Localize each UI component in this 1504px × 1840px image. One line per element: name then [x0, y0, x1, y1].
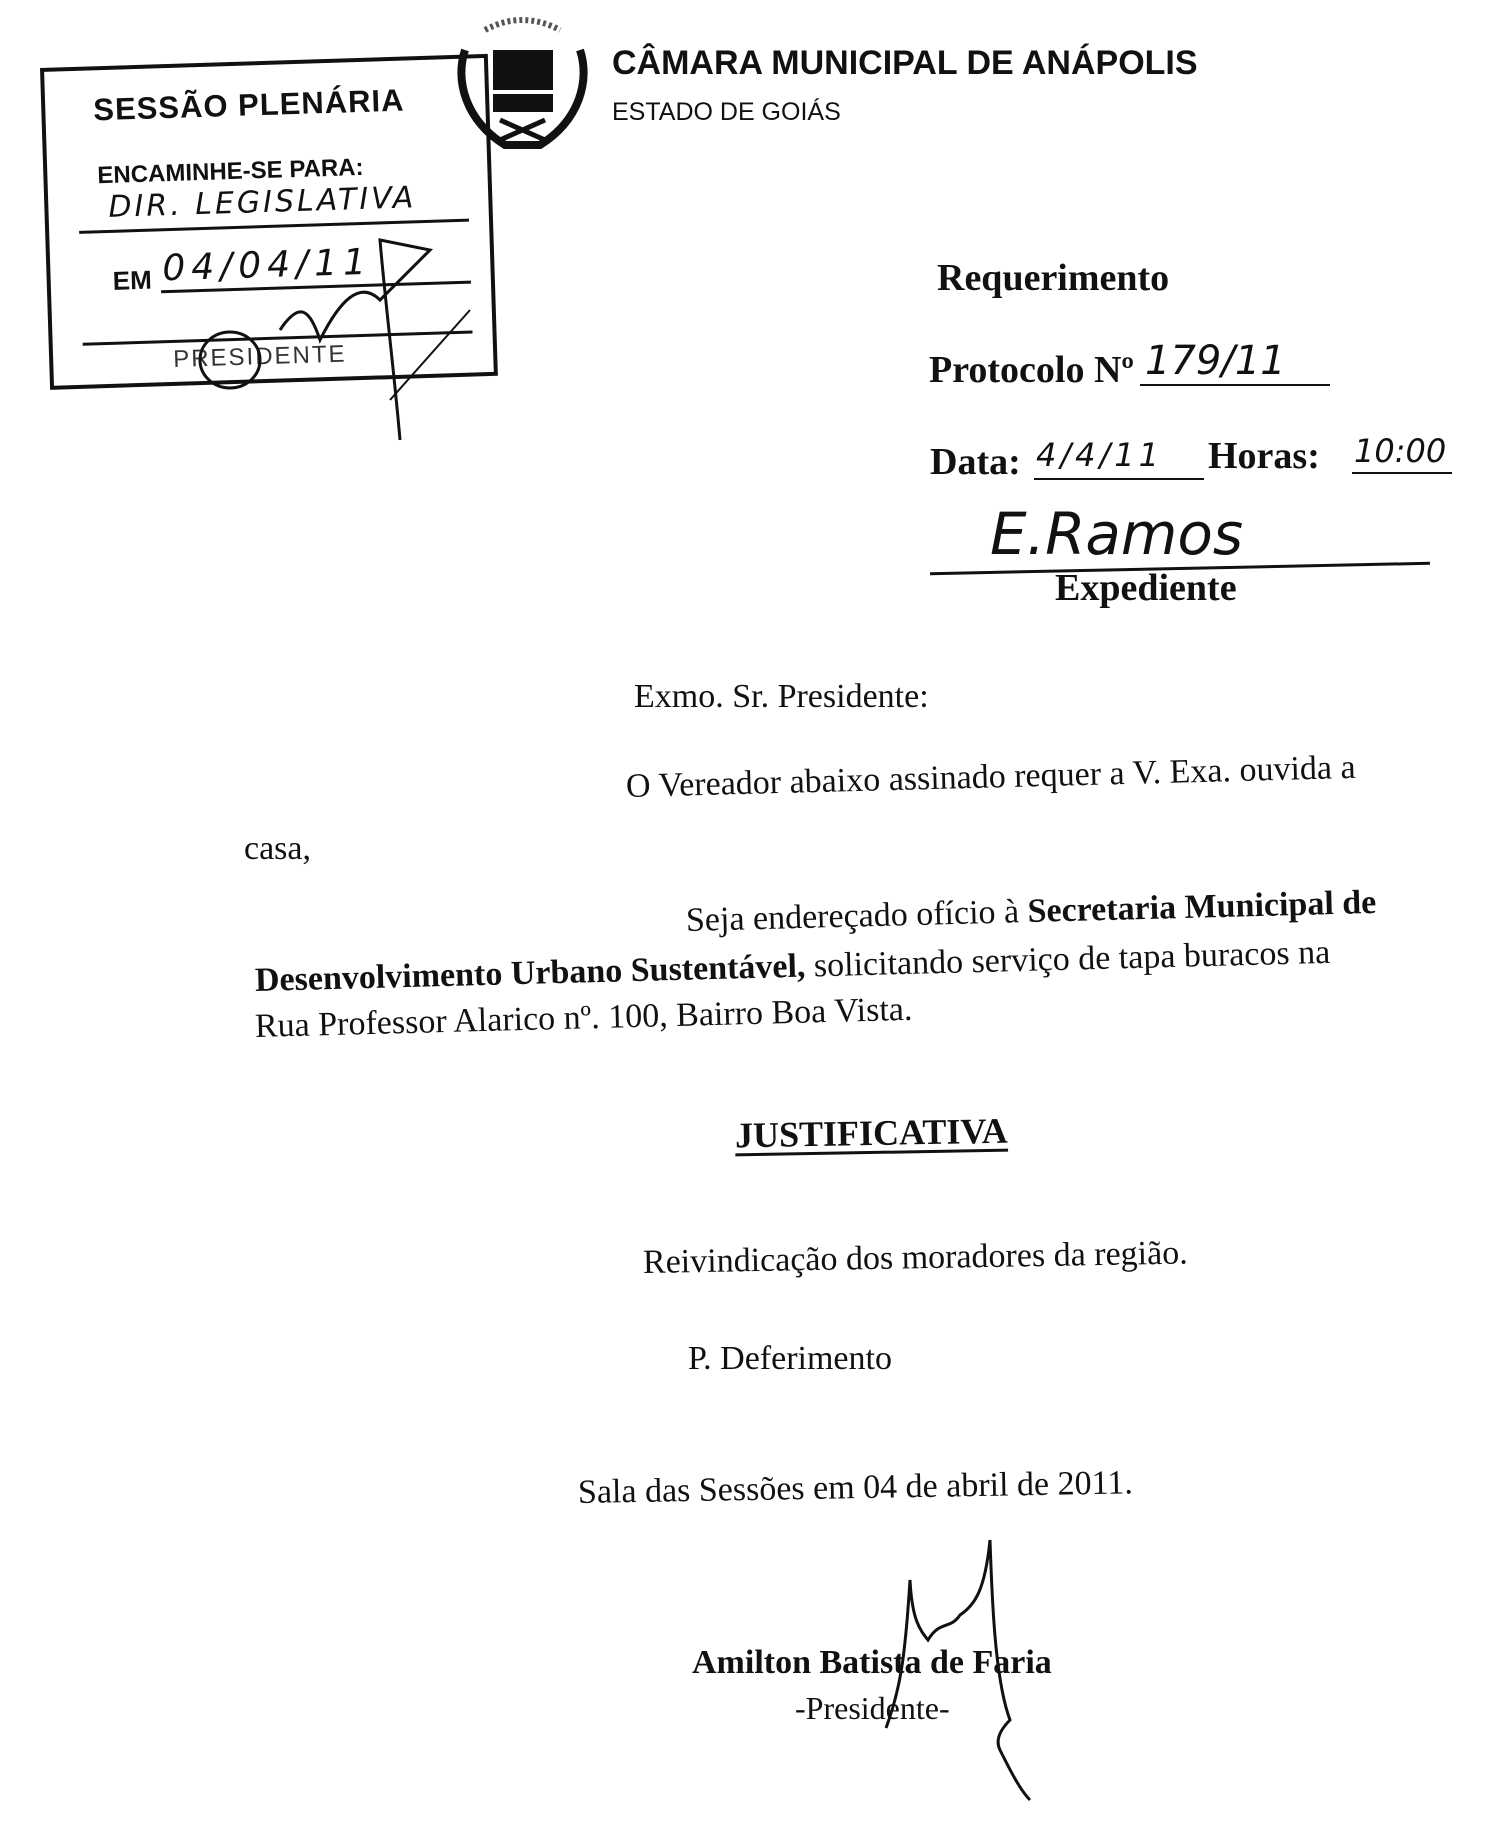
stamp-date-value: 04/04/11 — [162, 242, 373, 290]
salutation: Exmo. Sr. Presidente: — [634, 678, 929, 716]
protocol-date-line — [1034, 478, 1204, 480]
protocol-time-value: 10:00 — [1354, 432, 1446, 470]
justification-heading: JUSTIFICATIVA — [735, 1110, 1008, 1157]
request-paragraph-line1: O Vereador abaixo assinado requer a V. E… — [626, 749, 1357, 806]
request-detail-text: Seja endereçado ofício à — [686, 893, 1029, 939]
protocol-number-line — [1140, 384, 1330, 386]
justification-text: Reivindicação dos moradores da região. — [643, 1234, 1188, 1282]
expedient-signature: E.Ramos — [990, 500, 1243, 568]
protocol-time-label: Horas: — [1208, 434, 1320, 478]
protocol-date-label: Data: — [930, 440, 1021, 484]
signer-name: Amilton Batista de Faria — [692, 1644, 1052, 1682]
institution-name: CÂMARA MUNICIPAL DE ANÁPOLIS — [612, 44, 1198, 83]
closing-text: P. Deferimento — [688, 1340, 892, 1378]
protocol-date-value: 4/4/11 — [1036, 436, 1163, 474]
request-paragraph-line2: casa, — [244, 830, 311, 868]
request-detail-text: solicitando serviço de tapa buracos na — [805, 934, 1331, 985]
coat-of-arms-icon — [455, 10, 590, 150]
stamp-title: SESSÃO PLENÁRIA — [93, 83, 405, 129]
protocol-time-line — [1352, 472, 1452, 474]
request-address-line: Rua Professor Alarico nº. 100, Bairro Bo… — [255, 991, 913, 1046]
stamp-date-label: EM — [112, 265, 152, 297]
expedient-label: Expediente — [1055, 566, 1237, 610]
protocol-number-label: Protocolo Nº — [929, 348, 1134, 392]
state-name: ESTADO DE GOIÁS — [612, 98, 841, 127]
protocol-number-value: 179/11 — [1145, 338, 1286, 384]
place-date: Sala das Sessões em 04 de abril de 2011. — [578, 1464, 1134, 1512]
request-detail-line2: Desenvolvimento Urbano Sustentável, soli… — [255, 934, 1331, 1000]
stamp-signature-label: PRESIDENTE — [173, 341, 347, 374]
signer-role: -Presidente- — [795, 1690, 950, 1727]
request-detail-line1: Seja endereçado ofício à Secretaria Muni… — [686, 884, 1377, 940]
document-type: Requerimento — [937, 256, 1169, 300]
secretariat-name-part1: Secretaria Municipal de — [1027, 884, 1377, 930]
plenary-session-stamp: SESSÃO PLENÁRIA ENCAMINHE-SE PARA: DIR. … — [40, 54, 498, 390]
secretariat-name-part2: Desenvolvimento Urbano Sustentável, — [255, 948, 806, 999]
